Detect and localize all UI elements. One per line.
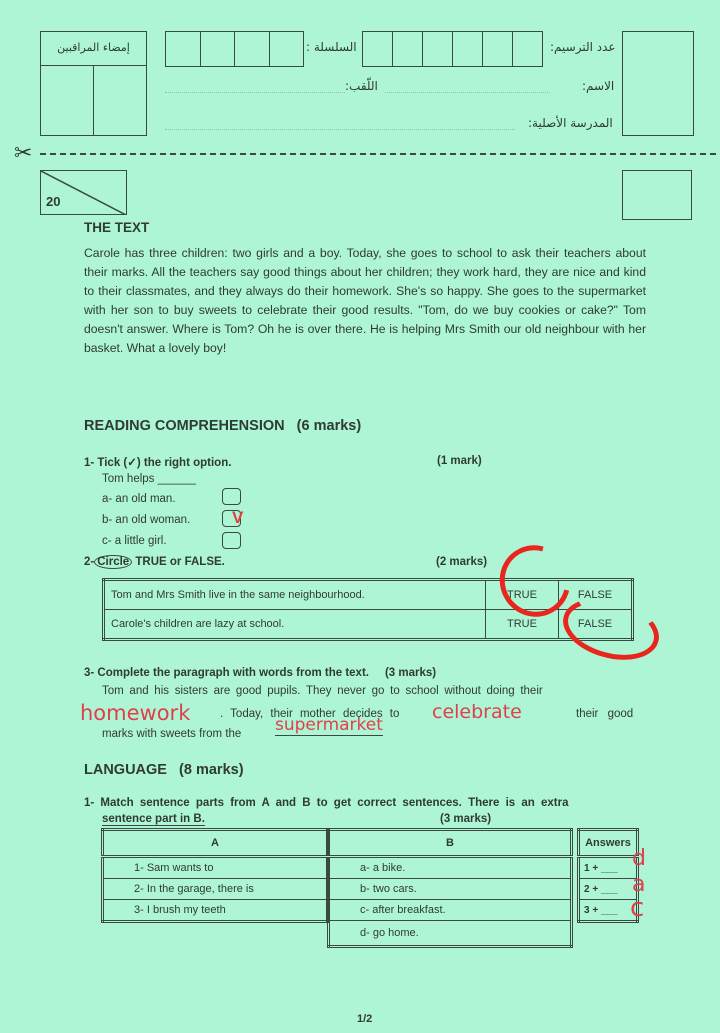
answer-homework[interactable]: homework [80,701,190,725]
match-marks: (3 marks) [440,813,491,825]
q3-line3: marks with sweets from the [102,728,241,740]
match-instruction: 1- Match sentence parts from A and B to … [84,797,649,809]
page-number: 1/2 [357,1013,372,1025]
table-row: 1- Sam wants to [103,857,328,879]
q1-instruction: 1- Tick (✓) the right option. [84,455,231,469]
table-row: d- go home. [329,921,572,947]
q3-line2b: their good [576,708,633,720]
q3-instruction: 3- Complete the paragraph with words fro… [84,667,436,679]
score-total: 20 [46,194,60,209]
tf-statement: Carole's children are lazy at school. [104,610,486,640]
answers-header: Answers [579,830,638,857]
q1-stem: Tom helps ______ [102,473,196,485]
series-label: السلسلة : [306,40,357,54]
table-row: c- after breakfast. [329,900,572,921]
q2-marks: (2 marks) [436,556,487,568]
check-mark-icon: V [232,508,243,528]
score-box: 20 [40,170,127,215]
col-b-header: B [329,830,572,857]
language-title: LANGUAGE (8 marks) [84,762,244,778]
answer-celebrate[interactable]: celebrate [432,701,522,723]
q1-option-c-checkbox[interactable] [222,532,241,549]
school-field[interactable] [165,129,515,130]
table-row: 2- In the garage, there is [103,879,328,900]
school-label: المدرسة الأصلية: [528,116,613,130]
q1-option-b: b- an old woman. [102,514,190,526]
text-title: THE TEXT [84,220,149,235]
column-a-table: A 1- Sam wants to 2- In the garage, ther… [101,828,329,923]
grade-box [622,170,692,220]
table-row[interactable]: 2 + ___ [579,879,638,900]
circle-word: Circle [94,555,132,569]
name-field[interactable] [385,92,550,93]
surname-label: اللّقب: [345,79,378,93]
q1-option-a-checkbox[interactable] [222,488,241,505]
answer-supermarket[interactable]: supermarket [275,715,383,736]
registration-label: عدد الترسيم: [550,40,616,54]
column-b-table: B a- a bike. b- two cars. c- after break… [327,828,573,948]
cut-line [40,153,716,155]
surname-field[interactable] [165,92,345,93]
tf-statement: Tom and Mrs Smith live in the same neigh… [104,580,486,610]
supervisors-signature-label: إمضاء المراقبين [41,32,146,66]
table-row[interactable]: 1 + ___ [579,857,638,879]
q1-marks: (1 mark) [437,455,482,467]
reading-title: READING COMPREHENSION (6 marks) [84,418,361,434]
table-row: 3- I brush my teeth [103,900,328,922]
scissors-icon: ✂ [14,140,32,166]
q3-line1: Tom and his sisters are good pupils. The… [102,685,647,697]
table-row: a- a bike. [329,857,572,879]
q1-option-b-checkbox[interactable]: V [222,510,241,527]
table-row: b- two cars. [329,879,572,900]
written-answer-1: d [632,846,646,871]
written-answer-3: c [630,893,644,923]
photo-box [622,31,694,136]
supervisors-signature-box: إمضاء المراقبين [40,31,147,136]
registration-boxes[interactable] [362,31,543,67]
series-boxes[interactable] [165,31,304,67]
reading-text: Carole has three children: two girls and… [84,244,646,358]
name-label: الاسم: [582,79,614,93]
q1-option-c: c- a little girl. [102,535,167,547]
table-row: Carole's children are lazy at school. TR… [104,610,633,640]
table-row[interactable]: 3 + ___ [579,900,638,922]
q2-instruction: 2-Circle TRUE or FALSE. [84,556,225,568]
match-instruction-2: sentence part in B. [102,813,205,826]
q1-option-a: a- an old man. [102,493,176,505]
col-a-header: A [103,830,328,857]
